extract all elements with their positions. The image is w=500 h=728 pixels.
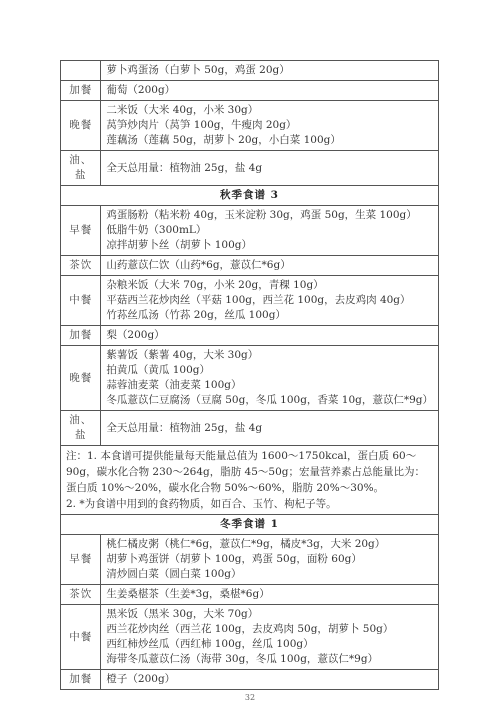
section-title: 冬季食谱 1 <box>61 515 439 535</box>
meal-label: 加餐 <box>61 326 101 346</box>
meal-label: 晚餐 <box>61 101 101 151</box>
table-row: 加餐 葡萄（200g） <box>61 81 439 101</box>
document-page: 萝卜鸡蛋汤（白萝卜 50g，鸡蛋 20g） 加餐 葡萄（200g） 晚餐 二米饭… <box>0 0 500 728</box>
section-row: 冬季食谱 1 <box>61 515 439 535</box>
food-item: 蒜蓉油麦菜（油麦菜 100g） <box>106 378 433 393</box>
meal-items: 二米饭（大米 40g，小米 30g） 莴笋炒肉片（莴笋 100g，牛瘦肉 20g… <box>101 101 439 151</box>
meal-label: 油、盐 <box>61 151 101 186</box>
table-row: 中餐 杂粮米饭（大米 70g，小米 20g，青稞 10g） 平菇西兰花炒肉丝（平… <box>61 276 439 326</box>
meal-items: 萝卜鸡蛋汤（白萝卜 50g，鸡蛋 20g） <box>101 61 439 81</box>
food-item: 莲藕汤（莲藕 50g，胡萝卜 20g，小白菜 100g） <box>106 133 433 148</box>
recipe-table: 萝卜鸡蛋汤（白萝卜 50g，鸡蛋 20g） 加餐 葡萄（200g） 晚餐 二米饭… <box>60 60 439 690</box>
meal-label: 加餐 <box>61 670 101 690</box>
meal-items: 杂粮米饭（大米 70g，小米 20g，青稞 10g） 平菇西兰花炒肉丝（平菇 1… <box>101 276 439 326</box>
food-item: 低脂牛奶（300mL） <box>106 223 433 238</box>
food-item: 梨（200g） <box>106 328 433 343</box>
food-item: 桃仁橘皮粥（桃仁*6g，薏苡仁*9g，橘皮*3g，大米 20g） <box>106 537 433 552</box>
table-row: 油、盐 全天总用量：植物油 25g，盐 4g <box>61 151 439 186</box>
food-item: 西红柿炒丝瓜（西红柿 100g，丝瓜 100g） <box>106 637 433 652</box>
meal-label: 茶饮 <box>61 256 101 276</box>
table-row: 早餐 鸡蛋肠粉（粘米粉 40g，玉米淀粉 30g，鸡蛋 50g，生菜 100g）… <box>61 206 439 256</box>
food-item: 葡萄（200g） <box>106 83 433 98</box>
meal-label: 晚餐 <box>61 346 101 411</box>
meal-items: 梨（200g） <box>101 326 439 346</box>
food-item: 凉拌胡萝卜丝（胡萝卜 100g） <box>106 238 433 253</box>
food-item: 胡萝卜鸡蛋饼（胡萝卜 100g，鸡蛋 50g，面粉 60g） <box>106 552 433 567</box>
table-row: 中餐 黑米饭（黑米 30g，大米 70g） 西兰花炒肉丝（西兰花 100g，去皮… <box>61 605 439 670</box>
food-item: 竹荪丝瓜汤（竹荪 20g，丝瓜 100g） <box>106 308 433 323</box>
food-item: 拍黄瓜（黄瓜 100g） <box>106 363 433 378</box>
food-item: 平菇西兰花炒肉丝（平菇 100g，西兰花 100g，去皮鸡肉 40g） <box>106 293 433 308</box>
meal-items: 橙子（200g） <box>101 670 439 690</box>
meal-items: 桃仁橘皮粥（桃仁*6g，薏苡仁*9g，橘皮*3g，大米 20g） 胡萝卜鸡蛋饼（… <box>101 535 439 585</box>
meal-label: 油、盐 <box>61 411 101 446</box>
table-row: 晚餐 二米饭（大米 40g，小米 30g） 莴笋炒肉片（莴笋 100g，牛瘦肉 … <box>61 101 439 151</box>
meal-label: 中餐 <box>61 276 101 326</box>
meal-items: 鸡蛋肠粉（粘米粉 40g，玉米淀粉 30g，鸡蛋 50g，生菜 100g） 低脂… <box>101 206 439 256</box>
meal-items: 全天总用量：植物油 25g，盐 4g <box>101 151 439 186</box>
meal-items: 生姜桑椹茶（生姜*3g，桑椹*6g） <box>101 585 439 605</box>
meal-label: 中餐 <box>61 605 101 670</box>
table-row: 加餐 梨（200g） <box>61 326 439 346</box>
food-item: 橙子（200g） <box>106 672 433 687</box>
table-row: 油、盐 全天总用量：植物油 25g，盐 4g <box>61 411 439 446</box>
note-cell: 注：1. 本食谱可提供能量每天能量总值为 1600～1750kcal，蛋白质 6… <box>61 446 439 515</box>
food-item: 清炒圆白菜（圆白菜 100g） <box>106 567 433 582</box>
food-item: 黑米饭（黑米 30g，大米 70g） <box>106 607 433 622</box>
food-item: 西兰花炒肉丝（西兰花 100g，去皮鸡肉 50g，胡萝卜 50g） <box>106 622 433 637</box>
meal-label: 加餐 <box>61 81 101 101</box>
table-row: 晚餐 紫薯饭（紫薯 40g，大米 30g） 拍黄瓜（黄瓜 100g） 蒜蓉油麦菜… <box>61 346 439 411</box>
food-item: 二米饭（大米 40g，小米 30g） <box>106 103 433 118</box>
food-item: 紫薯饭（紫薯 40g，大米 30g） <box>106 348 433 363</box>
table-row: 加餐 橙子（200g） <box>61 670 439 690</box>
meal-label: 早餐 <box>61 535 101 585</box>
food-item: 海带冬瓜薏苡仁汤（海带 30g，冬瓜 100g，薏苡仁*9g） <box>106 652 433 667</box>
meal-label: 茶饮 <box>61 585 101 605</box>
food-item: 冬瓜薏苡仁豆腐汤（豆腐 50g，冬瓜 100g，香菜 10g，薏苡仁*9g） <box>106 393 433 408</box>
meal-items: 黑米饭（黑米 30g，大米 70g） 西兰花炒肉丝（西兰花 100g，去皮鸡肉 … <box>101 605 439 670</box>
meal-label: 早餐 <box>61 206 101 256</box>
note-row: 注：1. 本食谱可提供能量每天能量总值为 1600～1750kcal，蛋白质 6… <box>61 446 439 515</box>
food-item: 全天总用量：植物油 25g，盐 4g <box>106 421 433 436</box>
food-item: 生姜桑椹茶（生姜*3g，桑椹*6g） <box>106 587 433 602</box>
meal-items: 紫薯饭（紫薯 40g，大米 30g） 拍黄瓜（黄瓜 100g） 蒜蓉油麦菜（油麦… <box>101 346 439 411</box>
section-title: 秋季食谱 3 <box>61 186 439 206</box>
note-text: 2. *为食谱中用到的食药物质，如百合、玉竹、枸杞子等。 <box>66 496 433 512</box>
meal-label <box>61 61 101 81</box>
food-item: 萝卜鸡蛋汤（白萝卜 50g，鸡蛋 20g） <box>106 63 433 78</box>
meal-items: 葡萄（200g） <box>101 81 439 101</box>
food-item: 全天总用量：植物油 25g，盐 4g <box>106 161 433 176</box>
table-row: 茶饮 生姜桑椹茶（生姜*3g，桑椹*6g） <box>61 585 439 605</box>
page-number: 32 <box>0 693 500 702</box>
food-item: 鸡蛋肠粉（粘米粉 40g，玉米淀粉 30g，鸡蛋 50g，生菜 100g） <box>106 208 433 223</box>
note-text: 注：1. 本食谱可提供能量每天能量总值为 1600～1750kcal，蛋白质 6… <box>66 448 433 496</box>
meal-items: 全天总用量：植物油 25g，盐 4g <box>101 411 439 446</box>
food-item: 山药薏苡仁饮（山药*6g，薏苡仁*6g） <box>106 258 433 273</box>
table-row: 早餐 桃仁橘皮粥（桃仁*6g，薏苡仁*9g，橘皮*3g，大米 20g） 胡萝卜鸡… <box>61 535 439 585</box>
table-row: 茶饮 山药薏苡仁饮（山药*6g，薏苡仁*6g） <box>61 256 439 276</box>
section-row: 秋季食谱 3 <box>61 186 439 206</box>
meal-items: 山药薏苡仁饮（山药*6g，薏苡仁*6g） <box>101 256 439 276</box>
food-item: 杂粮米饭（大米 70g，小米 20g，青稞 10g） <box>106 278 433 293</box>
table-row: 萝卜鸡蛋汤（白萝卜 50g，鸡蛋 20g） <box>61 61 439 81</box>
food-item: 莴笋炒肉片（莴笋 100g，牛瘦肉 20g） <box>106 118 433 133</box>
